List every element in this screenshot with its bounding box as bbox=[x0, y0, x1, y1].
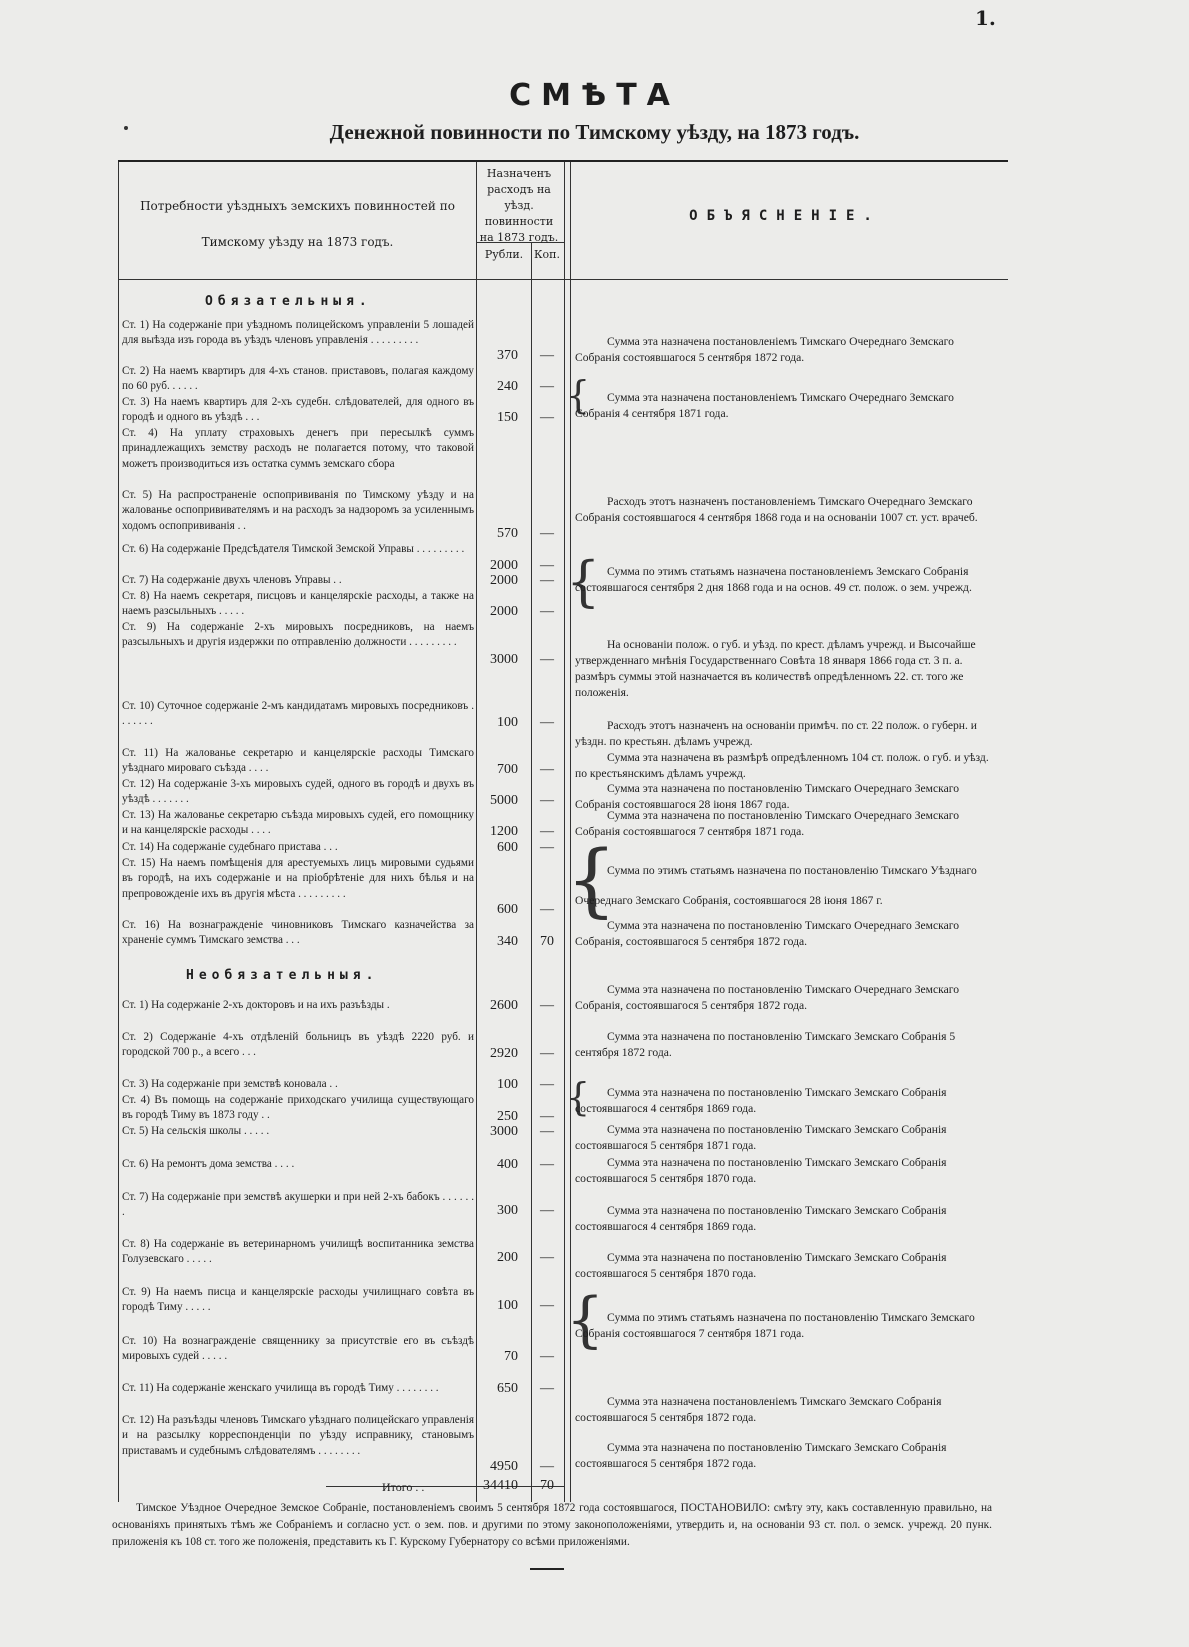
explanation-21: Сумма эта назначена по постановленію Тим… bbox=[575, 1440, 995, 1472]
mandatory-kop-10: — bbox=[531, 715, 563, 731]
mandatory-kop-6: — bbox=[531, 558, 563, 574]
mandatory-item-8: Ст. 8) На наемъ секретаря, писцовъ и кан… bbox=[122, 589, 474, 620]
mandatory-kop-8: — bbox=[531, 604, 563, 620]
explanation-20: Сумма эта назначена постановленіемъ Тимс… bbox=[575, 1394, 995, 1426]
mandatory-kop-3: — bbox=[531, 410, 563, 426]
mandatory-item-15: Ст. 15) На наемъ помѣщенія для арестуемы… bbox=[122, 856, 474, 902]
mandatory-item-13: Ст. 13) На жалованье секретарю съѣзда ми… bbox=[122, 808, 474, 839]
mandatory-kop-1: — bbox=[531, 348, 563, 364]
mandatory-rub-16: 340 bbox=[478, 934, 518, 950]
explanation-5: На основаніи полож. о губ. и уѣзд. по кр… bbox=[575, 637, 995, 701]
column-divider-needs bbox=[476, 162, 477, 1502]
header-bottom-rule bbox=[118, 279, 1008, 280]
page-number: 1. bbox=[975, 6, 996, 30]
mandatory-kop-16: 70 bbox=[531, 934, 563, 950]
explanation-4: Сумма по этимъ статьямъ назначена постан… bbox=[575, 564, 995, 596]
explanation-15: Сумма эта назначена по постановленію Тим… bbox=[575, 1122, 995, 1154]
explanation-16: Сумма эта назначена по постановленію Тим… bbox=[575, 1155, 995, 1187]
explanation-17: Сумма эта назначена по постановленію Тим… bbox=[575, 1203, 995, 1235]
mandatory-item-12: Ст. 12) На содержаніе 3-хъ мировыхъ суде… bbox=[122, 777, 474, 808]
mandatory-rub-15: 600 bbox=[478, 902, 518, 918]
table-left-border bbox=[118, 162, 119, 1502]
mandatory-rub-5: 570 bbox=[478, 526, 518, 542]
mandatory-kop-12: — bbox=[531, 793, 563, 809]
explanation-11: Сумма эта назначена по постановленію Тим… bbox=[575, 918, 995, 950]
optional-rub-9: 100 bbox=[478, 1298, 518, 1314]
mandatory-item-16: Ст. 16) На вознагражденіе чиновниковъ Ти… bbox=[122, 918, 474, 949]
explanation-10: Сумма по этимъ статьямъ назначена по пос… bbox=[575, 856, 995, 916]
explanation-12: Сумма эта назначена по постановленію Тим… bbox=[575, 982, 995, 1014]
mandatory-item-7: Ст. 7) На содержаніе двухъ членовъ Управ… bbox=[122, 573, 474, 588]
column-divider-amount bbox=[564, 162, 565, 1502]
mandatory-item-2: Ст. 2) На наемъ квартиръ для 4-хъ станов… bbox=[122, 364, 474, 395]
header-kopecks: Коп. bbox=[531, 248, 563, 261]
explanation-6: Расходъ этотъ назначенъ на основаніи при… bbox=[575, 718, 995, 750]
total-kopecks: 70 bbox=[531, 1478, 563, 1494]
mandatory-rub-6: 2000 bbox=[478, 558, 518, 574]
mandatory-item-11: Ст. 11) На жалованье секретарю и канцеля… bbox=[122, 746, 474, 777]
optional-item-4: Ст. 4) Въ помощь на содержаніе приходска… bbox=[122, 1093, 474, 1124]
explanation-2: Сумма эта назначена постановленіемъ Тимс… bbox=[575, 390, 995, 422]
optional-rub-6: 400 bbox=[478, 1157, 518, 1173]
header-explanation: ОБЪЯСНЕНІЕ. bbox=[565, 208, 1005, 224]
document-title: СМѢТА bbox=[0, 78, 1189, 113]
mandatory-rub-14: 600 bbox=[478, 840, 518, 856]
header-amount: Назначенъ расходъ на уѣзд. повинности на… bbox=[478, 166, 560, 246]
optional-rub-1: 2600 bbox=[478, 998, 518, 1014]
explanation-9: Сумма эта назначена по постановленію Тим… bbox=[575, 808, 995, 840]
mandatory-rub-8: 2000 bbox=[478, 604, 518, 620]
resolution-paragraph: Тимское Уѣздное Очередное Земское Собран… bbox=[112, 1500, 992, 1551]
optional-item-1: Ст. 1) На содержаніе 2-хъ докторовъ и на… bbox=[122, 998, 474, 1013]
optional-rub-2: 2920 bbox=[478, 1046, 518, 1062]
explanation-18: Сумма эта назначена по постановленію Тим… bbox=[575, 1250, 995, 1282]
optional-item-11: Ст. 11) На содержаніе женскаго училища в… bbox=[122, 1381, 474, 1396]
optional-item-10: Ст. 10) На вознагражденіе священнику за … bbox=[122, 1334, 474, 1365]
mandatory-rub-12: 5000 bbox=[478, 793, 518, 809]
optional-item-2: Ст. 2) Содержаніе 4-хъ отдѣленій больниц… bbox=[122, 1030, 474, 1061]
mandatory-item-5: Ст. 5) На распространеніе оспопрививанія… bbox=[122, 488, 474, 534]
optional-kop-10: — bbox=[531, 1349, 563, 1365]
explanation-7: Сумма эта назначена въ размѣрѣ опредѣлен… bbox=[575, 750, 995, 782]
optional-rub-10: 70 bbox=[478, 1349, 518, 1365]
explanation-3: Расходъ этотъ назначенъ постановленіемъ … bbox=[575, 494, 995, 526]
optional-item-12: Ст. 12) На разъѣзды членовъ Тимскаго уѣз… bbox=[122, 1413, 474, 1459]
mandatory-rub-1: 370 bbox=[478, 348, 518, 364]
optional-kop-4: — bbox=[531, 1109, 563, 1125]
mandatory-rub-10: 100 bbox=[478, 715, 518, 731]
optional-kop-1: — bbox=[531, 998, 563, 1014]
explanation-13: Сумма эта назначена по постановленію Тим… bbox=[575, 1029, 995, 1061]
mandatory-item-6: Ст. 6) На содержаніе Предсѣдателя Тимско… bbox=[122, 542, 474, 557]
header-rubles: Рубли. bbox=[478, 248, 530, 261]
mandatory-rub-9: 3000 bbox=[478, 652, 518, 668]
mandatory-item-4: Ст. 4) На уплату страховыхъ денегъ при п… bbox=[122, 426, 474, 472]
section-title-mandatory: Обязательныя. bbox=[205, 294, 372, 309]
mandatory-kop-5: — bbox=[531, 526, 563, 542]
optional-item-8: Ст. 8) На содержаніе въ ветеринарномъ уч… bbox=[122, 1237, 474, 1268]
total-rubles: 34410 bbox=[470, 1478, 518, 1494]
optional-rub-11: 650 bbox=[478, 1381, 518, 1397]
explanation-1: Сумма эта назначена постановленіемъ Тимс… bbox=[575, 334, 995, 366]
mandatory-item-1: Ст. 1) На содержаніе при уѣздномъ полице… bbox=[122, 318, 474, 349]
mandatory-kop-15: — bbox=[531, 902, 563, 918]
optional-rub-7: 300 bbox=[478, 1203, 518, 1219]
mandatory-rub-11: 700 bbox=[478, 762, 518, 778]
mandatory-kop-7: — bbox=[531, 573, 563, 589]
optional-rub-12: 4950 bbox=[478, 1459, 518, 1475]
optional-kop-2: — bbox=[531, 1046, 563, 1062]
explanation-19: Сумма по этимъ статьямъ назначена по пос… bbox=[575, 1310, 995, 1342]
optional-rub-8: 200 bbox=[478, 1250, 518, 1266]
optional-rub-5: 3000 bbox=[478, 1124, 518, 1140]
mandatory-rub-7: 2000 bbox=[478, 573, 518, 589]
optional-item-3: Ст. 3) На содержаніе при земствѣ коновал… bbox=[122, 1077, 474, 1092]
optional-item-9: Ст. 9) На наемъ писца и канцелярскіе рас… bbox=[122, 1285, 474, 1316]
mandatory-item-3: Ст. 3) На наемъ квартиръ для 2-хъ судебн… bbox=[122, 395, 474, 426]
mandatory-rub-3: 150 bbox=[478, 410, 518, 426]
optional-rub-4: 250 bbox=[478, 1109, 518, 1125]
margin-dot bbox=[124, 126, 128, 130]
mandatory-kop-14: — bbox=[531, 840, 563, 856]
optional-kop-8: — bbox=[531, 1250, 563, 1266]
optional-rub-3: 100 bbox=[478, 1077, 518, 1093]
mandatory-item-14: Ст. 14) На содержаніе судебнаго пристава… bbox=[122, 840, 474, 855]
optional-kop-9: — bbox=[531, 1298, 563, 1314]
mandatory-rub-2: 240 bbox=[478, 379, 518, 395]
optional-kop-6: — bbox=[531, 1157, 563, 1173]
section-title-optional: Необязательныя. bbox=[186, 968, 378, 983]
explanation-14: Сумма эта назначена по постановленію Тим… bbox=[575, 1085, 995, 1117]
mandatory-item-9: Ст. 9) На содержаніе 2-хъ мировыхъ посре… bbox=[122, 620, 474, 651]
mandatory-kop-2: — bbox=[531, 379, 563, 395]
optional-kop-7: — bbox=[531, 1203, 563, 1219]
mandatory-item-10: Ст. 10) Суточное содержаніе 2-мъ кандида… bbox=[122, 699, 474, 730]
closing-rule bbox=[530, 1568, 564, 1570]
optional-kop-3: — bbox=[531, 1077, 563, 1093]
mandatory-kop-9: — bbox=[531, 652, 563, 668]
optional-kop-11: — bbox=[531, 1381, 563, 1397]
optional-item-6: Ст. 6) На ремонтъ дома земства . . . . bbox=[122, 1157, 474, 1172]
mandatory-kop-13: — bbox=[531, 824, 563, 840]
total-rule bbox=[326, 1486, 564, 1487]
optional-item-7: Ст. 7) На содержаніе при земствѣ акушерк… bbox=[122, 1190, 474, 1221]
optional-kop-5: — bbox=[531, 1124, 563, 1140]
total-label: Итого . . bbox=[382, 1480, 424, 1495]
document-subtitle: Денежной повинности по Тимскому уѣзду, н… bbox=[0, 120, 1189, 145]
header-needs: Потребности уѣздныхъ земскихъ повинносте… bbox=[120, 188, 475, 260]
optional-kop-12: — bbox=[531, 1459, 563, 1475]
mandatory-kop-11: — bbox=[531, 762, 563, 778]
optional-item-5: Ст. 5) На сельскія школы . . . . . bbox=[122, 1124, 474, 1139]
mandatory-rub-13: 1200 bbox=[478, 824, 518, 840]
